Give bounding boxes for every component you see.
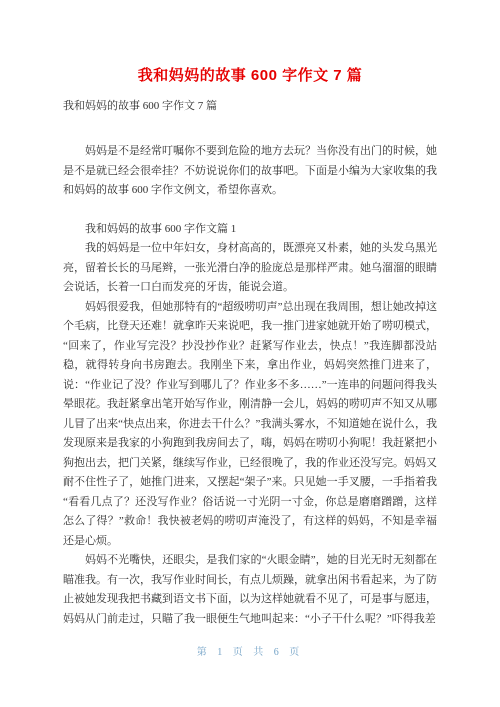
paragraph: 妈妈不光嘴快，还眼尖，是我们家的“火眼金睛”，她的目光无时无刻都在瞄准我。有一次… xyxy=(63,551,437,629)
page-footer: 第 1 页 共 6 页 xyxy=(0,646,500,660)
essay-body: 我和妈妈的故事 600 字作文篇 1我的妈妈是一位中年妇女，身材高高的，既漂亮又… xyxy=(63,220,437,630)
pagination-label: 第 1 页 共 6 页 xyxy=(197,647,304,658)
document-title: 我和妈妈的故事 600 字作文 7 篇 xyxy=(63,64,437,85)
paragraph: 我和妈妈的故事 600 字作文篇 1 xyxy=(63,220,437,240)
intro-paragraph: 妈妈是不是经常叮嘱你不要到危险的地方去玩？当你没有出门的时候，她是不是就已经会很… xyxy=(63,142,437,201)
document-page: 我和妈妈的故事 600 字作文 7 篇 我和妈妈的故事 600 字作文 7 篇 … xyxy=(0,0,500,707)
paragraph: 我的妈妈是一位中年妇女，身材高高的，既漂亮又朴素，她的头发乌黑光亮，留着长长的马… xyxy=(63,239,437,298)
document-subtitle: 我和妈妈的故事 600 字作文 7 篇 xyxy=(63,98,437,114)
paragraph: 妈妈很爱我，但她那特有的“超级唠叨声”总出现在我周围，想让她改掉这个毛病，比登天… xyxy=(63,298,437,552)
